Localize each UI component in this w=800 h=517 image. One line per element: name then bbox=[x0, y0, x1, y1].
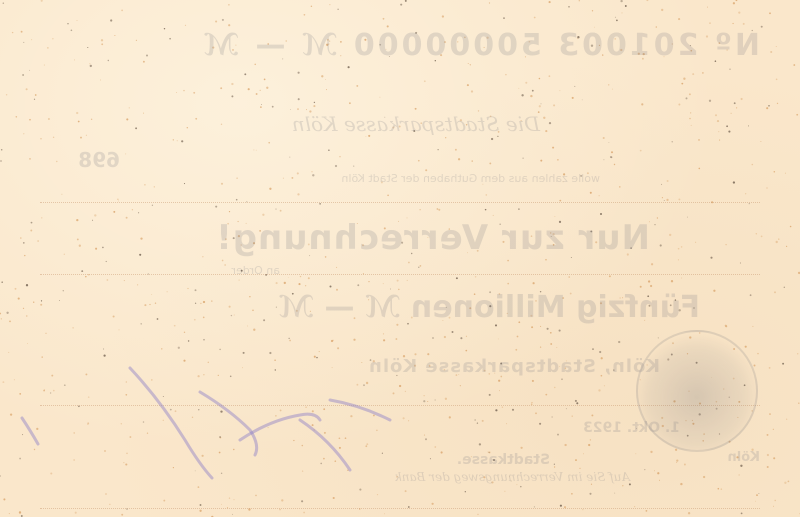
handwritten-ink-strokes bbox=[0, 0, 800, 517]
banknote-reverse: Nº 201003 50000000 ℳ — ℳ Die Stadtsparka… bbox=[0, 0, 800, 517]
